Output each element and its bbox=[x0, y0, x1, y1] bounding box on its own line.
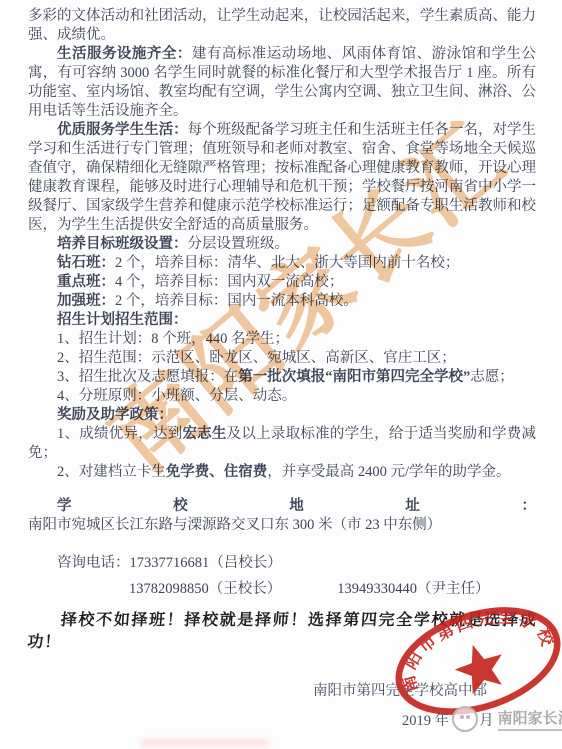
signature-org-line: 南阳市第四完全学校高中部 bbox=[313, 679, 487, 700]
logo-eyes-icon bbox=[460, 715, 464, 719]
bold-text-run: 第一批次填报“南阳市第四完全学校” bbox=[238, 369, 470, 385]
paragraph-key-class: 重点班：4 个，培养目标：国内双一流高校； bbox=[28, 273, 536, 292]
footer-logo-icon bbox=[452, 706, 478, 732]
paragraph-diamond-class: 钻石班：2 个，培养目标：清华、北大、浙大等国内前十名校； bbox=[28, 254, 536, 273]
content-flow: 多彩的文体活动和社团活动，让学生动起来，让校园活起来，学生素质高、能力强、成绩优… bbox=[28, 7, 536, 654]
text-run: 1、招生计划：8 个班，440 名学生； bbox=[57, 331, 289, 347]
text-run: 2、招生范围：示范区、卧龙区、宛城区、高新区、官庄工区； bbox=[57, 350, 456, 366]
document-page: 多彩的文体活动和社团活动，让学生动起来，让校园活起来，学生素质高、能力强、成绩优… bbox=[0, 0, 562, 749]
bold-text-run: 重点班： bbox=[57, 274, 115, 290]
slogan-line: 择校不如择班！择校就是择师！选择第四完全学校就是选择成功！ bbox=[26, 610, 537, 654]
paragraph-facilities: 生活服务设施齐全：建有高标准运动场地、风雨体育馆、游泳馆和学生公寓，有可容纳 3… bbox=[28, 45, 536, 121]
footer-row: 2019 年 月 南阳家长汇 bbox=[402, 706, 562, 732]
paragraph-enhanced-class: 加强班：2 个，培养目标：国内一流本科高校。 bbox=[28, 292, 536, 311]
text-run: 每个班级配备学习班主任和生活班主任各一名，对学生学习和生活进行专门管理；值班领导… bbox=[28, 122, 536, 233]
text-run: 13949330440（尹主任） bbox=[337, 581, 489, 597]
phone-line-2: 13782098850（王校长）13949330440（尹主任） bbox=[28, 580, 536, 599]
text-run: 4 个，培养目标：国内双一流高校； bbox=[115, 274, 343, 290]
text-run: 1、成绩优异，达到 bbox=[57, 426, 182, 442]
bold-text-run: 学校地址： bbox=[57, 498, 536, 514]
text-run: 4、分班原则：小班额、分层、动态。 bbox=[57, 388, 296, 404]
enrollment-item-3: 3、招生批次及志愿填报：在第一批次填报“南阳市第四完全学校”志愿； bbox=[28, 368, 536, 387]
enrollment-item-1: 1、招生计划：8 个班，440 名学生； bbox=[28, 330, 536, 349]
enrollment-item-4: 4、分班原则：小班额、分层、动态。 bbox=[28, 387, 536, 406]
text-run: 择校不如择班！择校就是择师！选择第四完全学校就是选择成功！ bbox=[27, 612, 538, 651]
section-heading-scholarship: 奖励及助学政策： bbox=[28, 406, 536, 425]
text-run: 2 个，培养目标：清华、北大、浙大等国内前十名校； bbox=[115, 255, 459, 271]
bold-text-run: 生活服务设施齐全： bbox=[57, 46, 192, 62]
text-run: 咨询电话：17337716681（吕校长） bbox=[57, 555, 282, 571]
date-year-text: 2019 年 bbox=[402, 709, 449, 730]
enrollment-item-2: 2、招生范围：示范区、卧龙区、宛城区、高新区、官庄工区； bbox=[28, 349, 536, 368]
phone-line-1: 咨询电话：17337716681（吕校长） bbox=[28, 554, 536, 573]
date-month-text: 月 bbox=[479, 709, 494, 730]
text-run: 3、招生批次及志愿填报：在 bbox=[57, 369, 238, 385]
bold-text-run: 奖励及助学政策： bbox=[57, 407, 173, 423]
address-line: 学校地址：南阳市宛城区长江东路与溧源路交叉口东 300 米（市 23 中东侧） bbox=[28, 497, 536, 535]
section-heading-enrollment: 招生计划招生范围： bbox=[28, 311, 536, 330]
footer-watermark-text: 南阳家长汇 bbox=[498, 707, 562, 731]
bold-text-run: 宏志生 bbox=[182, 426, 226, 442]
paragraph-student-service: 优质服务学生生活：每个班级配备学习班主任和生活班主任各一名，对学生学习和生活进行… bbox=[28, 121, 536, 235]
bold-text-run: 培养目标班级设置： bbox=[57, 236, 188, 252]
bold-text-run: 加强班： bbox=[57, 293, 115, 309]
text-run: 多彩的文体活动和社团活动，让学生动起来，让校园活起来，学生素质高、能力强、成绩优… bbox=[28, 8, 536, 43]
text-run: ，并享受最高 2400 元/学年的助学金。 bbox=[267, 464, 510, 480]
scholarship-item-2: 2、对建档立卡生免学费、住宿费，并享受最高 2400 元/学年的助学金。 bbox=[28, 463, 536, 482]
paragraph-class-setup: 培养目标班级设置：分层设置班级。 bbox=[28, 235, 536, 254]
text-run: 2、对建档立卡生 bbox=[57, 464, 166, 480]
text-run: 南阳市宛城区长江东路与溧源路交叉口东 300 米（市 23 中东侧） bbox=[28, 517, 441, 533]
text-run: 13782098850（王校长） bbox=[129, 581, 281, 597]
page-bleed-smudge bbox=[140, 739, 270, 747]
bold-text-run: 免学费、住宿费 bbox=[166, 464, 268, 480]
text-run: 2 个，培养目标：国内一流本科高校。 bbox=[115, 293, 358, 309]
text-run: 志愿； bbox=[470, 369, 514, 385]
bold-text-run: 招生计划招生范围： bbox=[57, 312, 188, 328]
bold-text-run: 优质服务学生生活： bbox=[57, 122, 188, 138]
paragraph-intro: 多彩的文体活动和社团活动，让学生动起来，让校园活起来，学生素质高、能力强、成绩优… bbox=[28, 7, 536, 45]
text-run: 分层设置班级。 bbox=[188, 236, 290, 252]
scholarship-item-1: 1、成绩优异，达到宏志生及以上录取标准的学生，给于适当奖励和学费减免； bbox=[28, 425, 536, 463]
bold-text-run: 钻石班： bbox=[57, 255, 115, 271]
